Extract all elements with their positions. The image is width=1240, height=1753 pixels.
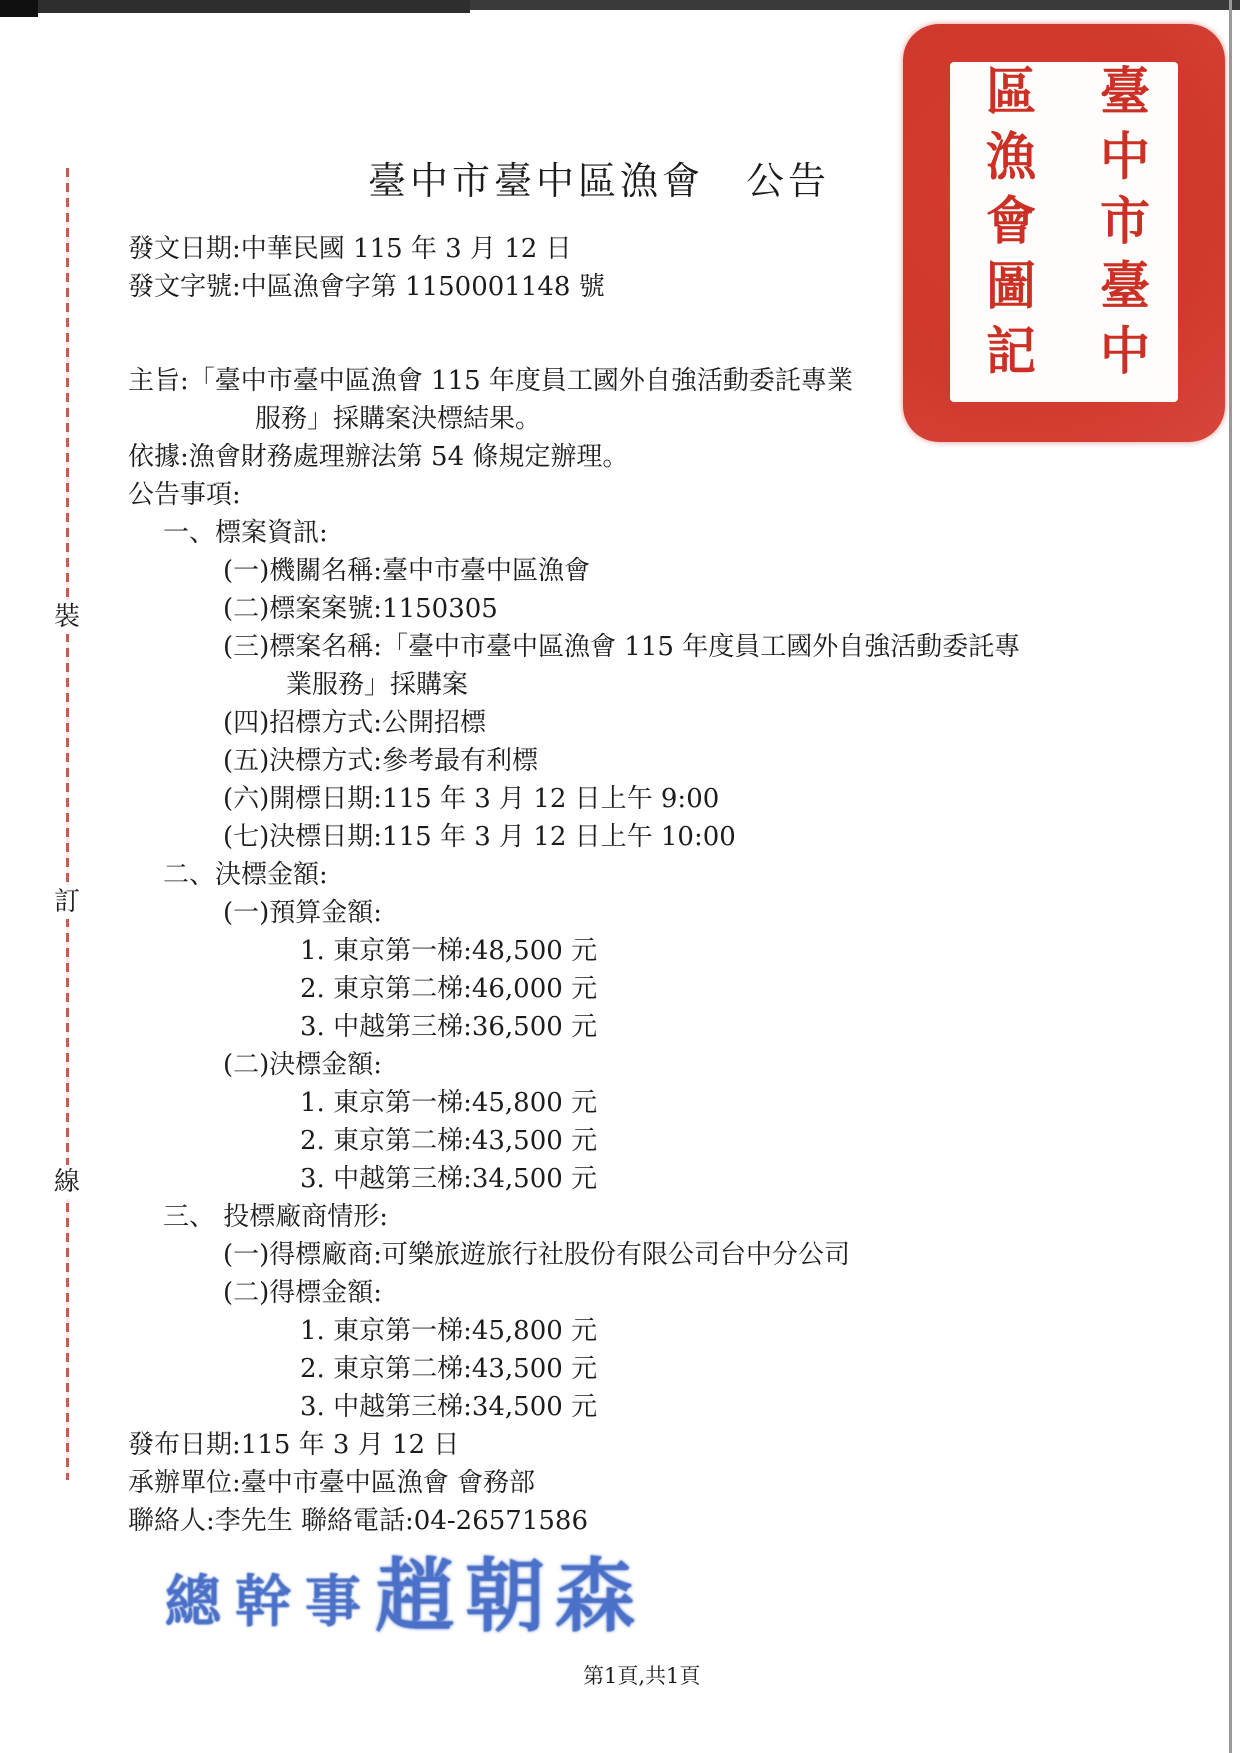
doc-line: (二)決標金額: <box>223 1046 1128 1084</box>
line-winning-vendor: (一)得標廠商:可樂旅遊旅行社股份有限公司台中分公司 <box>223 1236 1128 1274</box>
doc-line: 3. 中越第三梯:36,500 元 <box>300 1008 1128 1046</box>
line-doc-number: 發文字號:中區漁會字第 1150001148 號 <box>128 268 1128 306</box>
line-contact: 聯絡人:李先生 聯絡電話:04-26571586 <box>128 1502 1128 1540</box>
signature-name: 趙朝森 <box>375 1556 645 1636</box>
doc-line: (三)標案名稱:「臺中市臺中區漁會 115 年度員工國外自強活動委託專 <box>223 628 1128 666</box>
doc-line: (二)得標金額: <box>223 1274 1128 1312</box>
line-publish-date: 發布日期:115 年 3 月 12 日 <box>128 1426 1128 1464</box>
binding-char-xian: 線 <box>50 1165 84 1199</box>
scan-artifact-right-edge <box>1229 0 1232 1753</box>
page-indicator: 第1頁,共1頁 <box>583 1660 700 1690</box>
line-announcement-header: 公告事項: <box>128 476 1128 514</box>
line-subject-2: 服務」採購案決標結果。 <box>255 400 1128 438</box>
doc-line: (一)預算金額: <box>223 894 1128 932</box>
doc-line: (五)決標方式:參考最有利標 <box>223 742 1128 780</box>
doc-line: 1. 東京第一梯:45,800 元 <box>300 1312 1128 1350</box>
line-section3-header: 三、 投標廠商情形: <box>163 1198 1128 1236</box>
binding-char-ding: 訂 <box>50 885 84 919</box>
doc-line: (一)機關名稱:臺中市臺中區漁會 <box>223 552 1128 590</box>
line-section2-header: 二、決標金額: <box>163 856 1128 894</box>
document-page: 裝 訂 線 臺中市臺中區漁會 公告 區漁會圖記 臺中市臺中 發文日期:中華民國 … <box>0 0 1240 1753</box>
line-section1-header: 一、標案資訊: <box>163 514 1128 552</box>
doc-line: 2. 東京第二梯:46,000 元 <box>300 970 1128 1008</box>
line-legal-basis: 依據:漁會財務處理辦法第 54 條規定辦理。 <box>128 438 1128 476</box>
binding-char-zhuang: 裝 <box>50 600 84 634</box>
director-signature-stamp: 總幹事 趙朝森 <box>165 1556 645 1636</box>
doc-line: 業服務」採購案 <box>286 666 1128 704</box>
scan-artifact-corner-blob <box>0 0 38 17</box>
doc-line: (七)決標日期:115 年 3 月 12 日上午 10:00 <box>223 818 1128 856</box>
scan-artifact-top-band-left <box>0 0 470 13</box>
doc-line: 1. 東京第一梯:45,800 元 <box>300 1084 1128 1122</box>
doc-line: (四)招標方式:公開招標 <box>223 704 1128 742</box>
line-issue-date: 發文日期:中華民國 115 年 3 月 12 日 <box>128 230 1128 268</box>
doc-line: 2. 東京第二梯:43,500 元 <box>300 1350 1128 1388</box>
doc-line: 1. 東京第一梯:48,500 元 <box>300 932 1128 970</box>
page-title: 臺中市臺中區漁會 公告 <box>368 150 830 205</box>
document-body: 發文日期:中華民國 115 年 3 月 12 日 發文字號:中區漁會字第 115… <box>128 230 1128 1540</box>
doc-line: (二)標案案號:1150305 <box>223 590 1128 628</box>
doc-line: 3. 中越第三梯:34,500 元 <box>300 1160 1128 1198</box>
binding-dashed-line <box>66 168 69 1480</box>
doc-line: 2. 東京第二梯:43,500 元 <box>300 1122 1128 1160</box>
line-subject-1: 主旨:「臺中市臺中區漁會 115 年度員工國外自強活動委託專業 <box>128 362 1128 400</box>
doc-line: 3. 中越第三梯:34,500 元 <box>300 1388 1128 1426</box>
doc-line: (六)開標日期:115 年 3 月 12 日上午 9:00 <box>223 780 1128 818</box>
line-handling-unit: 承辦單位:臺中市臺中區漁會 會務部 <box>128 1464 1128 1502</box>
signature-title: 總幹事 <box>165 1574 375 1630</box>
